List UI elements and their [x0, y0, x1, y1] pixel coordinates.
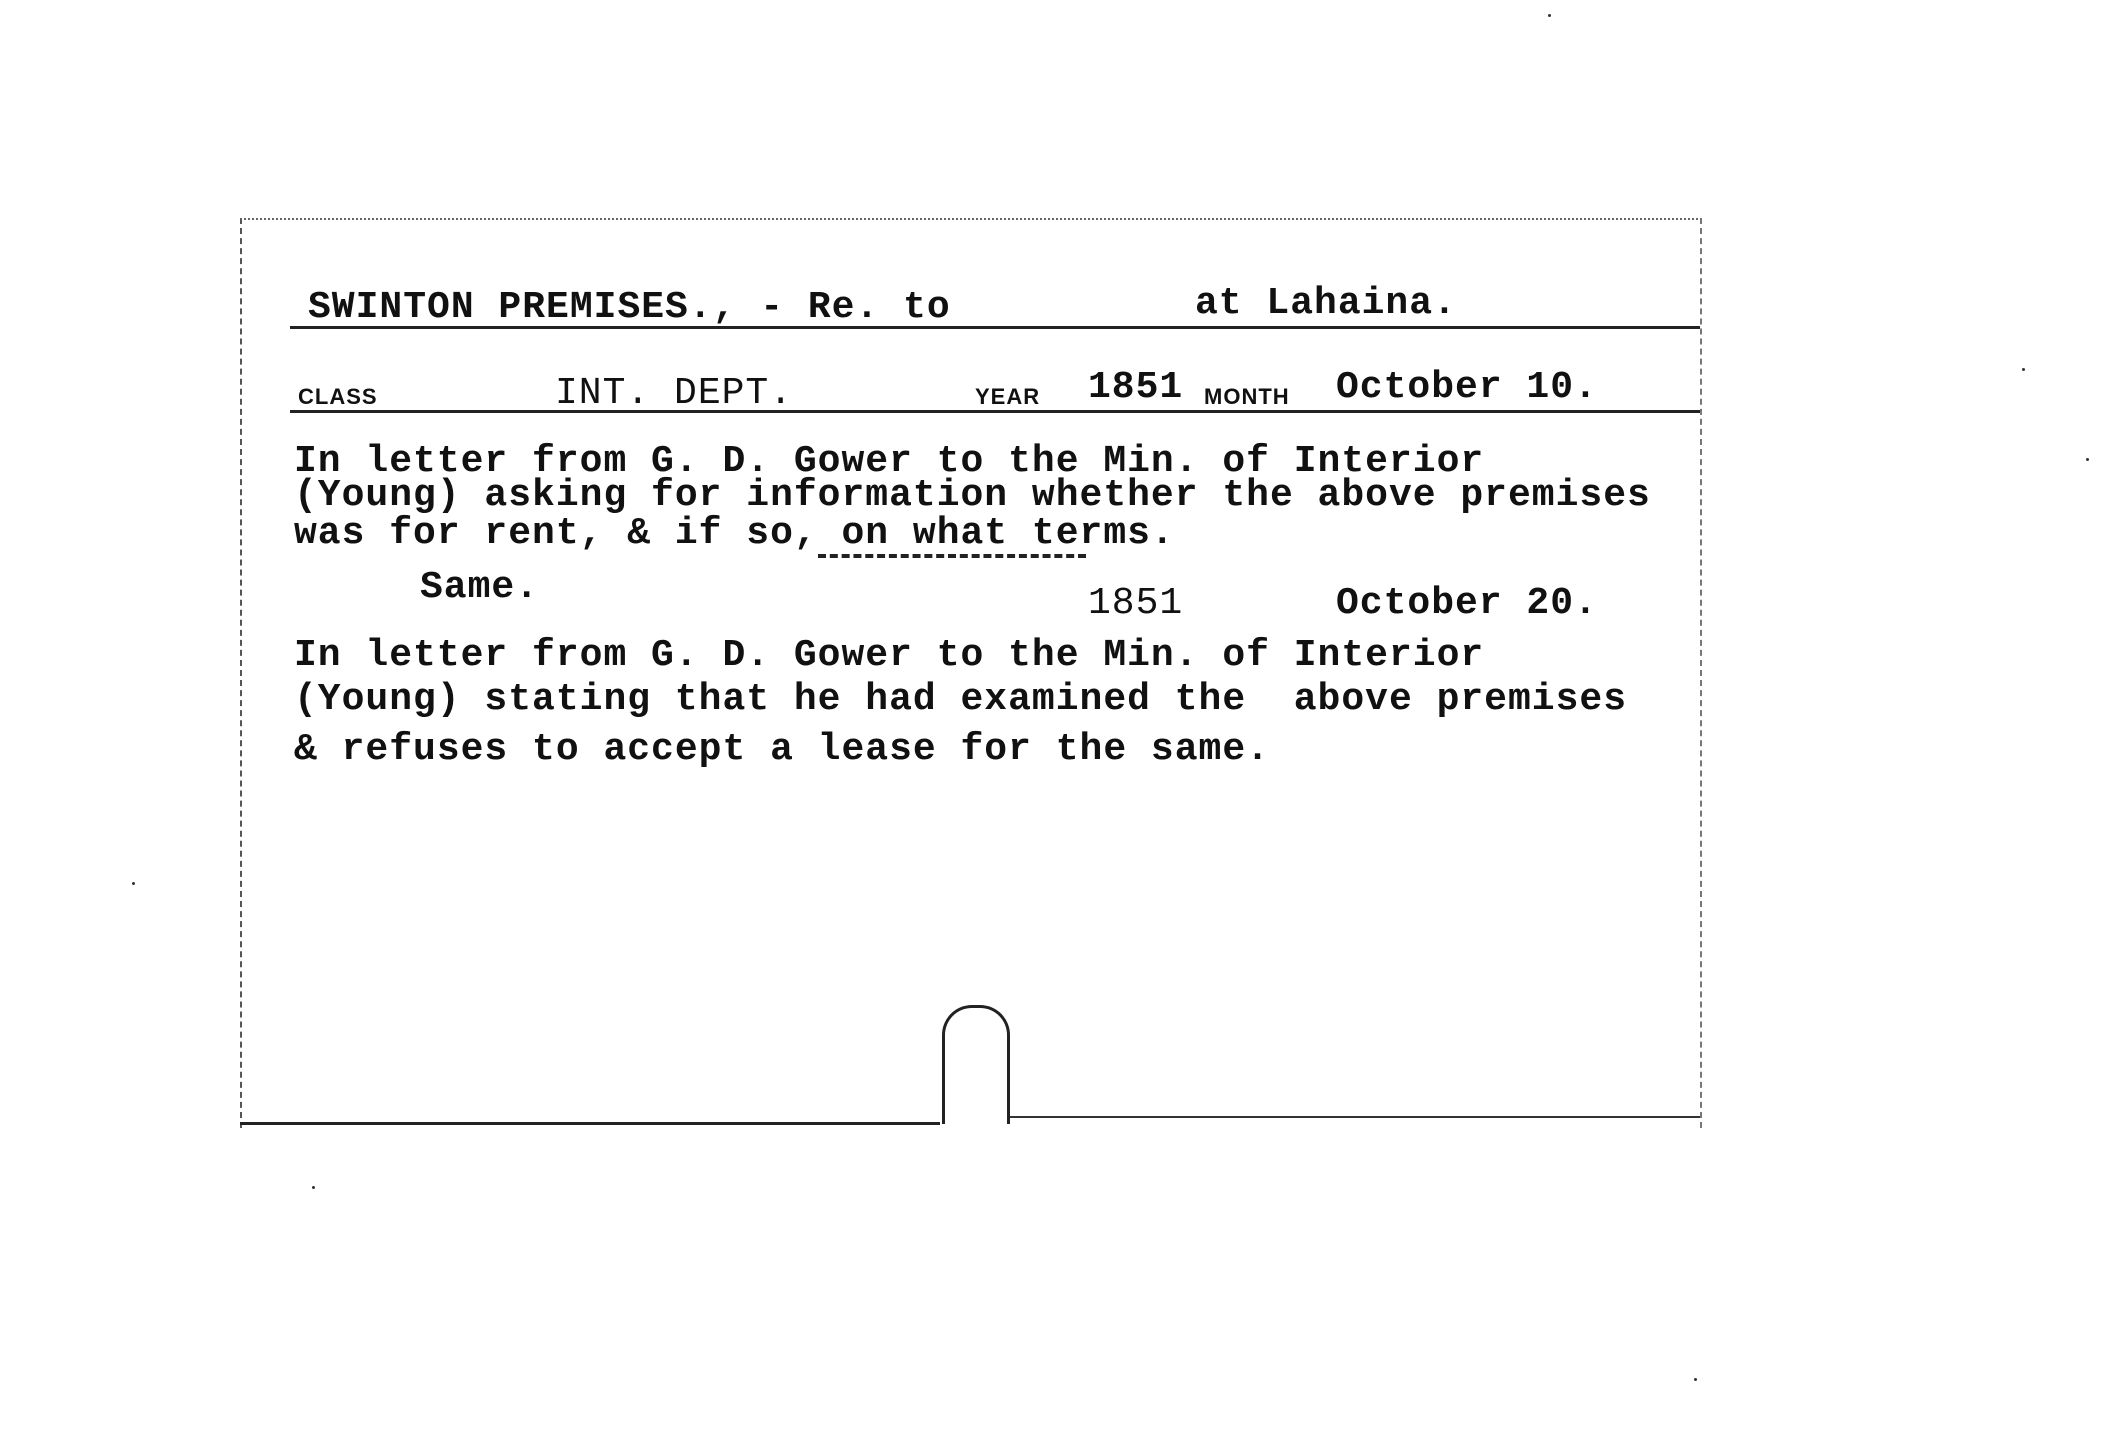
card-subject: SWINTON PREMISES., - Re. to — [308, 286, 951, 329]
entry-2-header: Same. — [420, 566, 539, 609]
card-location: at Lahaina. — [1195, 282, 1457, 325]
scan-speck — [1548, 14, 1551, 17]
divider — [290, 410, 1700, 413]
entry-1-line-2: (Young) asking for information whether t… — [294, 474, 1651, 517]
entry-2-line-1: In letter from G. D. Gower to the Min. o… — [294, 634, 1484, 677]
month-label: MONTH — [1204, 384, 1290, 410]
card-bottom-edge — [240, 1122, 940, 1125]
scan-speck — [1694, 1378, 1697, 1381]
month-value: October 10. — [1336, 366, 1598, 409]
card-rod-notch — [942, 1005, 1010, 1124]
entry-2-line-3: & refuses to accept a lease for the same… — [294, 728, 1270, 771]
class-value: INT. DEPT. — [555, 372, 793, 415]
scan-speck — [2086, 458, 2089, 461]
scan-speck — [132, 882, 135, 885]
entry-2-line-2: (Young) stating that he had examined the… — [294, 678, 1627, 721]
divider — [290, 326, 1700, 329]
entry-1-line-3: was for rent, & if so, on what terms. — [294, 512, 1175, 555]
entry-2-year: 1851 — [1088, 582, 1183, 625]
entry-2-date: October 20. — [1336, 582, 1598, 625]
scan-speck — [312, 1186, 315, 1189]
year-value: 1851 — [1088, 366, 1183, 409]
scan-speck — [2022, 368, 2025, 371]
year-label: YEAR — [975, 384, 1040, 410]
underline-mark — [818, 554, 1086, 558]
card-bottom-edge — [1008, 1116, 1700, 1118]
class-label: CLASS — [298, 384, 378, 410]
